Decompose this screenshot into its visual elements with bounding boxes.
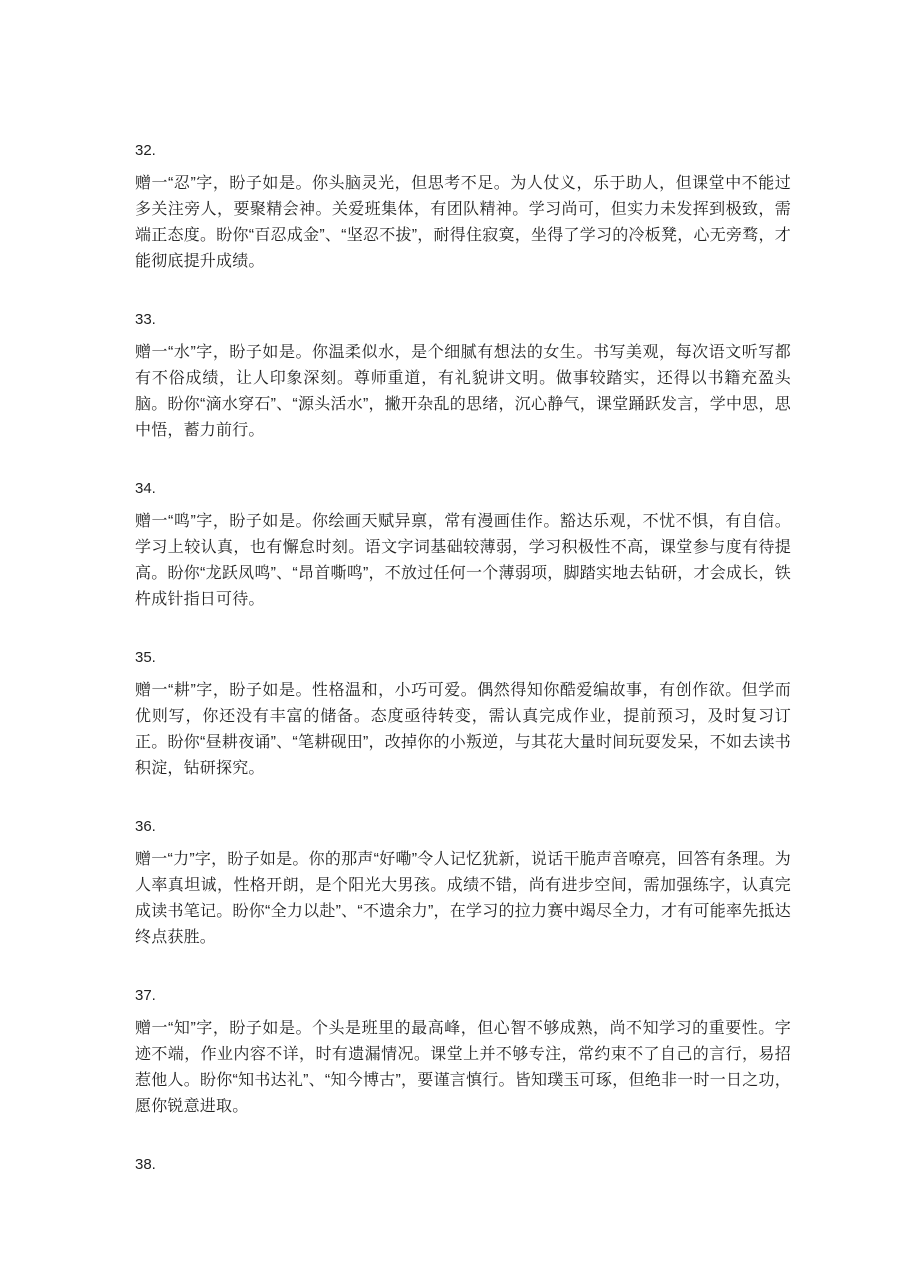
entry-text: 赠一“知”字，盼子如是。个头是班里的最高峰，但心智不够成熟，尚不知学习的重要性。… [135, 1016, 791, 1120]
document-page: 32. 赠一“忍”字，盼子如是。你头脑灵光，但思考不足。为人仗义，乐于助人，但课… [0, 0, 900, 1286]
comment-entry-36: 36. 赠一“力”字，盼子如是。你的那声“好嘞”令人记忆犹新，说话干脆声音嘹亮，… [135, 817, 791, 951]
entry-number: 37. [135, 986, 791, 1006]
entry-number: 38. [135, 1155, 791, 1175]
entry-text: 赠一“耕”字，盼子如是。性格温和，小巧可爱。偶然得知你酷爱编故事，有创作欲。但学… [135, 678, 791, 782]
comment-entry-35: 35. 赠一“耕”字，盼子如是。性格温和，小巧可爱。偶然得知你酷爱编故事，有创作… [135, 648, 791, 782]
entry-number: 34. [135, 479, 791, 499]
entry-number: 36. [135, 817, 791, 837]
entry-text: 赠一“鸣”字，盼子如是。你绘画天赋异禀，常有漫画佳作。豁达乐观，不忧不惧，有自信… [135, 509, 791, 613]
entry-number: 32. [135, 141, 791, 161]
comment-entry-38: 38. [135, 1155, 791, 1175]
comment-entry-32: 32. 赠一“忍”字，盼子如是。你头脑灵光，但思考不足。为人仗义，乐于助人，但课… [135, 141, 791, 275]
comment-entry-33: 33. 赠一“水”字，盼子如是。你温柔似水，是个细腻有想法的女生。书写美观，每次… [135, 310, 791, 444]
entry-number: 33. [135, 310, 791, 330]
comment-entry-34: 34. 赠一“鸣”字，盼子如是。你绘画天赋异禀，常有漫画佳作。豁达乐观，不忧不惧… [135, 479, 791, 613]
entry-text: 赠一“水”字，盼子如是。你温柔似水，是个细腻有想法的女生。书写美观，每次语文听写… [135, 340, 791, 444]
entry-text: 赠一“忍”字，盼子如是。你头脑灵光，但思考不足。为人仗义，乐于助人，但课堂中不能… [135, 171, 791, 275]
comment-entry-37: 37. 赠一“知”字，盼子如是。个头是班里的最高峰，但心智不够成熟，尚不知学习的… [135, 986, 791, 1120]
entry-number: 35. [135, 648, 791, 668]
entry-text: 赠一“力”字，盼子如是。你的那声“好嘞”令人记忆犹新，说话干脆声音嘹亮，回答有条… [135, 847, 791, 951]
